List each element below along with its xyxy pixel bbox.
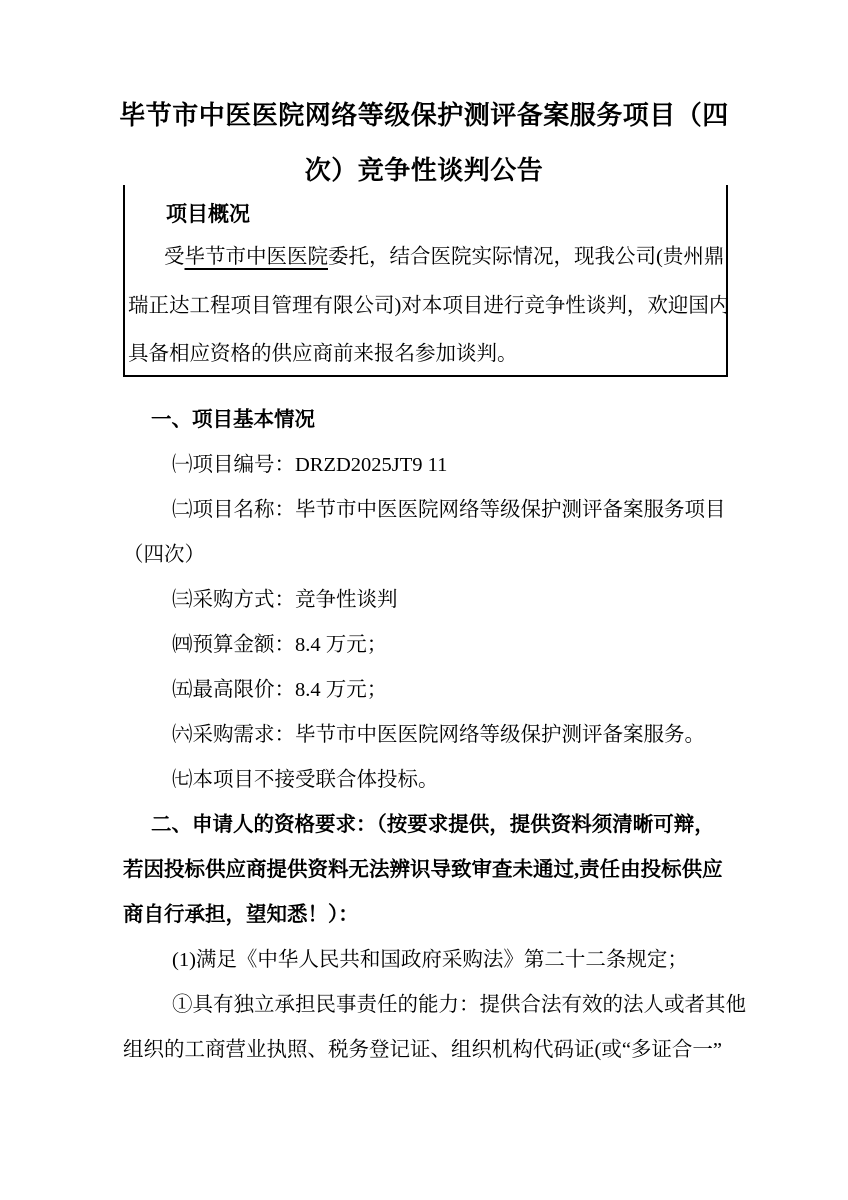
document-page: 毕节市中医医院网络等级保护测评备案服务项目（四 次）竞争性谈判公告 项目概况 受… <box>0 0 848 1200</box>
overview-paragraph: 受毕节市中医医院委托，结合医院实际情况，现我公司(贵州鼎 瑞正达工程项目管理有限… <box>128 233 723 379</box>
section-2-heading-line-3: 商自行承担，望知悉！）： <box>123 893 743 938</box>
section-2-heading-line-2: 若因投标供应商提供资料无法辨识导致审查未通过,责任由投标供应 <box>123 848 743 893</box>
section-1-heading: 一、项目基本情况 <box>123 398 743 443</box>
qualification-sub-item-1-line-2: 组织的工商营业执照、税务登记证、组织机构代码证(或“多证合一” <box>123 1028 743 1073</box>
page-title-line-1: 毕节市中医医院网络等级保护测评备案服务项目（四 <box>61 88 787 143</box>
qualification-sub-item-1-line-1: ①具有独立承担民事责任的能力：提供合法有效的法人或者其他 <box>123 983 743 1028</box>
qualification-item-1: (1)满足《中华人民共和国政府采购法》第二十二条规定； <box>123 938 743 983</box>
field-project-number: ㈠项目编号：DRZD2025JT9 11 <box>123 443 743 488</box>
page-title: 毕节市中医医院网络等级保护测评备案服务项目（四 次）竞争性谈判公告 <box>61 88 787 198</box>
overview-paragraph-line-2: 瑞正达工程项目管理有限公司)对本项目进行竞争性谈判，欢迎国内 <box>128 282 723 331</box>
field-procurement-requirement: ㈥采购需求：毕节市中医医院网络等级保护测评备案服务。 <box>123 713 743 758</box>
hospital-name-underlined: 毕节市中医医院 <box>185 246 329 268</box>
field-no-consortium-bids: ㈦本项目不接受联合体投标。 <box>123 758 743 803</box>
project-overview-box: 项目概况 受毕节市中医医院委托，结合医院实际情况，现我公司(贵州鼎 瑞正达工程项… <box>123 185 728 377</box>
field-procurement-method: ㈢采购方式：竞争性谈判 <box>123 578 743 623</box>
field-budget-amount: ㈣预算金额：8.4 万元； <box>123 623 743 668</box>
document-body: 一、项目基本情况 ㈠项目编号：DRZD2025JT9 11 ㈡项目名称：毕节市中… <box>123 398 743 1073</box>
overview-heading: 项目概况 <box>166 201 723 227</box>
overview-line1-rest: 委托，结合医院实际情况，现我公司(贵州鼎 <box>328 246 724 268</box>
overview-paragraph-line-1: 受毕节市中医医院委托，结合医院实际情况，现我公司(贵州鼎 <box>128 233 723 282</box>
field-project-name: ㈡项目名称：毕节市中医医院网络等级保护测评备案服务项目 <box>123 488 743 533</box>
overview-paragraph-line-3: 具备相应资格的供应商前来报名参加谈判。 <box>128 330 723 379</box>
overview-prefix: 受 <box>164 246 185 268</box>
field-project-name-continuation: （四次） <box>123 533 743 578</box>
field-max-price: ㈤最高限价：8.4 万元； <box>123 668 743 713</box>
section-2-heading-line-1: 二、申请人的资格要求：（按要求提供，提供资料须清晰可辩， <box>123 803 743 848</box>
